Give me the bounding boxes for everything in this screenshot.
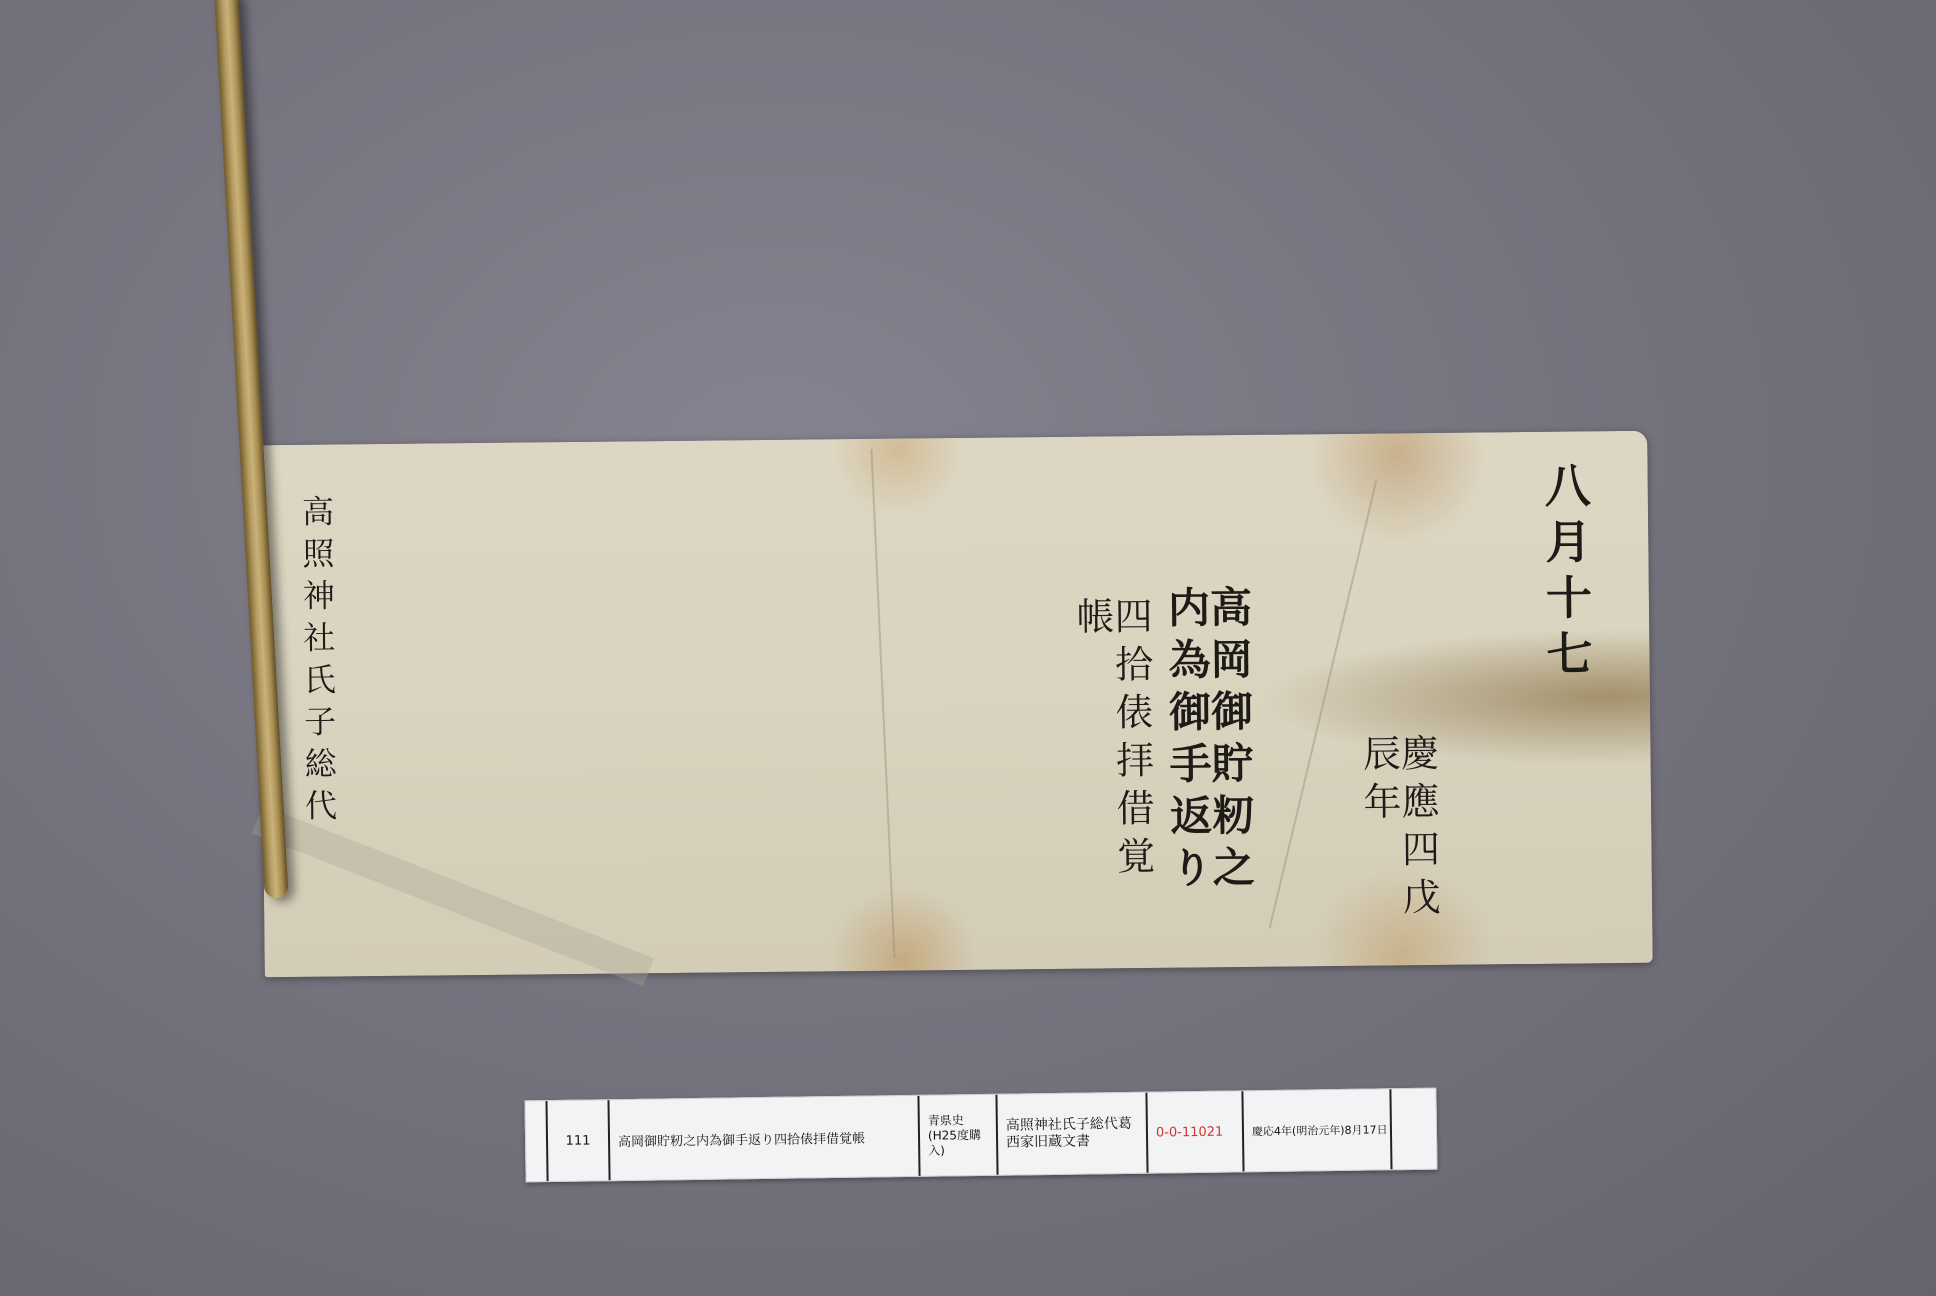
label-title: 高岡御貯籾之内為御手返り四拾俵拝借覚帳 <box>609 1096 920 1180</box>
label-number: 111 <box>547 1100 610 1181</box>
paper-crease <box>870 449 895 959</box>
manuscript-date-column: 八月十七 <box>1541 461 1592 923</box>
label-owner: 高照神社氏子総代葛西家旧蔵文書 <box>997 1093 1148 1175</box>
label-code: 0-0-11021 <box>1147 1091 1244 1172</box>
label-source: 青県史(H25度購入) <box>919 1095 998 1176</box>
manuscript-era-column: 慶應四戊辰年 <box>1359 733 1437 926</box>
label-date: 慶応4年(明治元年)8月17日 <box>1243 1089 1392 1171</box>
label-end-cell <box>1391 1089 1436 1170</box>
manuscript-name-column: 高照神社氏子総代 <box>300 495 337 937</box>
manuscript-main-column: 高岡御貯籾之内為御手返り <box>1165 585 1253 928</box>
label-blank-cell <box>525 1101 548 1181</box>
catalog-label: 111 高岡御貯籾之内為御手返り四拾俵拝借覚帳 青県史(H25度購入) 高照神社… <box>524 1088 1437 1183</box>
manuscript-sub-column: 四拾俵拝借覚帳 <box>1073 596 1152 929</box>
manuscript-document: 八月十七 慶應四戊辰年 高岡御貯籾之内為御手返り 四拾俵拝借覚帳 高照神社氏子総… <box>259 431 1652 978</box>
